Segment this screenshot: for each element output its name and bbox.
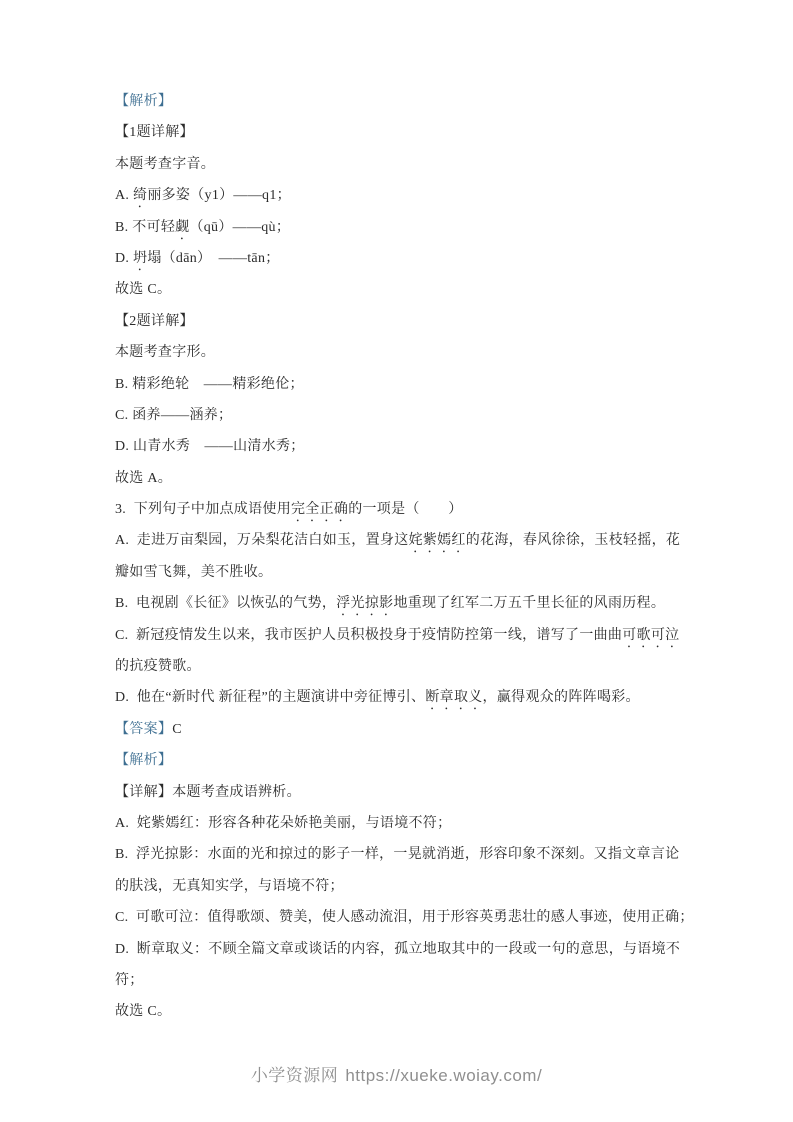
text-segment: 本题考查字形。 xyxy=(115,345,215,360)
analysis-header-q3: 【解析】 xyxy=(115,745,685,776)
emphasized-idiom: 浮光掠影 xyxy=(336,596,393,611)
text-segment: 的抗疫赞歌。 xyxy=(115,659,201,674)
emphasized-idiom: 完全正确 xyxy=(291,502,348,517)
q3-stem: 3. 下列句子中加点成语使用完全正确的一项是（ ） xyxy=(115,494,685,525)
text-segment: C. 可歌可泣：值得歌颂、赞美，使人感动流泪，用于形容英勇悲壮的感人事迹，使用正… xyxy=(115,910,694,925)
q3-option-c-line1: C. 新冠疫情发生以来，我市医护人员积极投身于疫情防控第一线，谱写了一曲曲可歌可… xyxy=(115,620,685,651)
emphasized-idiom: 绮 xyxy=(133,188,147,203)
text-segment: 【1题详解】 xyxy=(115,125,194,140)
text-segment: 的肤浅，无真知实学，与语境不符； xyxy=(115,879,344,894)
bracket-label: 【答案】 xyxy=(115,722,172,737)
text-segment: B. 电视剧《长征》以恢弘的气势， xyxy=(115,596,336,611)
text-segment: ，赢得观众的阵阵喝彩。 xyxy=(483,690,640,705)
q3-answer: 【答案】C xyxy=(115,714,685,745)
q1-option-d: D. 坍塌（dān） ——tān； xyxy=(115,243,685,274)
footer-watermark: 小学资源网https://xueke.woiay.com/ xyxy=(0,1061,793,1086)
text-segment: 【2题详解】 xyxy=(115,314,194,329)
emphasized-idiom: 坍 xyxy=(133,251,147,266)
q3-explain-b-line2: 的肤浅，无真知实学，与语境不符； xyxy=(115,871,685,902)
q3-explain-b-line1: B. 浮光掠影：水面的光和掠过的影子一样，一晃就消逝，形容印象不深刻。又指文章言… xyxy=(115,839,685,870)
document-body: 【解析】【1题详解】本题考查字音。A. 绮丽多姿（y1）——q1；B. 不可轻觑… xyxy=(115,86,685,1028)
text-segment: B. 浮光掠影：水面的光和掠过的影子一样，一晃就消逝，形容印象不深刻。又指文章言… xyxy=(115,847,679,862)
q3-option-b: B. 电视剧《长征》以恢弘的气势，浮光掠影地重现了红军二万五千里长征的风雨历程。 xyxy=(115,588,685,619)
q1-option-a: A. 绮丽多姿（y1）——q1； xyxy=(115,180,685,211)
q2-conclusion: 故选 A。 xyxy=(115,463,685,494)
footer-site-name: 小学资源网 xyxy=(251,1066,339,1085)
text-segment: 瓣如雪飞舞，美不胜收。 xyxy=(115,565,272,580)
q3-explain-d-line1: D. 断章取义：不顾全篇文章或谈话的内容，孤立地取其中的一段或一句的意思，与语境… xyxy=(115,934,685,965)
q1-topic: 本题考查字音。 xyxy=(115,149,685,180)
text-segment: D. 断章取义：不顾全篇文章或谈话的内容，孤立地取其中的一段或一句的意思，与语境… xyxy=(115,942,680,957)
q3-option-a-line1: A. 走进万亩梨园，万朵梨花洁白如玉，置身这姹紫嫣红的花海，春风徐徐，玉枝轻摇，… xyxy=(115,525,685,556)
text-segment: 故选 C。 xyxy=(115,282,171,297)
text-segment: C xyxy=(172,722,182,737)
text-segment: 的花海，春风徐徐，玉枝轻摇，花 xyxy=(466,533,681,548)
q3-explain-a: A. 姹紫嫣红：形容各种花朵娇艳美丽，与语境不符； xyxy=(115,808,685,839)
text-segment: B. 不可轻 xyxy=(115,220,175,235)
emphasized-idiom: 可歌可泣 xyxy=(622,628,679,643)
emphasized-idiom: 断章取义 xyxy=(425,690,482,705)
q2-option-d: D. 山青水秀 ——山清水秀； xyxy=(115,431,685,462)
q3-option-d: D. 他在“新时代 新征程”的主题演讲中旁征博引、断章取义，赢得观众的阵阵喝彩。 xyxy=(115,682,685,713)
bracket-label: 【解析】 xyxy=(115,753,172,768)
bracket-label: 【解析】 xyxy=(115,94,172,109)
q3-option-a-line2: 瓣如雪飞舞，美不胜收。 xyxy=(115,557,685,588)
text-segment: 的一项是（ ） xyxy=(348,502,462,517)
text-segment: 【详解】本题考查成语辨析。 xyxy=(115,785,301,800)
q2-topic: 本题考查字形。 xyxy=(115,337,685,368)
text-segment: B. 精彩绝轮 ——精彩绝伦； xyxy=(115,377,304,392)
text-segment: （qū）——qù； xyxy=(189,220,290,235)
q3-explain-d-line2: 符； xyxy=(115,965,685,996)
q3-explain-c: C. 可歌可泣：值得歌颂、赞美，使人感动流泪，用于形容英勇悲壮的感人事迹，使用正… xyxy=(115,902,685,933)
text-segment: 地重现了红军二万五千里长征的风雨历程。 xyxy=(393,596,665,611)
text-segment: D. 山青水秀 ——山清水秀； xyxy=(115,439,305,454)
text-segment: D. 他在“新时代 新征程”的主题演讲中旁征博引、 xyxy=(115,690,425,705)
q3-detail-header: 【详解】本题考查成语辨析。 xyxy=(115,777,685,808)
analysis-header-q1q2: 【解析】 xyxy=(115,86,685,117)
q2-option-b: B. 精彩绝轮 ——精彩绝伦； xyxy=(115,369,685,400)
text-segment: 塌（dān） ——tān； xyxy=(147,251,279,266)
text-segment: C. 函养——涵养； xyxy=(115,408,232,423)
q2-detail-header: 【2题详解】 xyxy=(115,306,685,337)
emphasized-idiom: 姹紫嫣红 xyxy=(409,533,466,548)
text-segment: 故选 A。 xyxy=(115,471,172,486)
text-segment: D. xyxy=(115,251,133,266)
q2-option-c: C. 函养——涵养； xyxy=(115,400,685,431)
text-segment: 本题考查字音。 xyxy=(115,157,215,172)
text-segment: A. 姹紫嫣红：形容各种花朵娇艳美丽，与语境不符； xyxy=(115,816,451,831)
q3-conclusion: 故选 C。 xyxy=(115,996,685,1027)
text-segment: A. xyxy=(115,188,133,203)
text-segment: A. 走进万亩梨园，万朵梨花洁白如玉，置身这 xyxy=(115,533,409,548)
text-segment: 符； xyxy=(115,973,144,988)
text-segment: C. 新冠疫情发生以来，我市医护人员积极投身于疫情防控第一线，谱写了一曲曲 xyxy=(115,628,622,643)
q1-conclusion: 故选 C。 xyxy=(115,274,685,305)
text-segment: 3. 下列句子中加点成语使用 xyxy=(115,502,291,517)
q3-option-c-line2: 的抗疫赞歌。 xyxy=(115,651,685,682)
text-segment: 丽多姿（y1）——q1； xyxy=(147,188,291,203)
q1-option-b: B. 不可轻觑（qū）——qù； xyxy=(115,212,685,243)
footer-url: https://xueke.woiay.com/ xyxy=(345,1066,542,1085)
q1-detail-header: 【1题详解】 xyxy=(115,117,685,148)
text-segment: 故选 C。 xyxy=(115,1004,171,1019)
emphasized-idiom: 觑 xyxy=(175,220,189,235)
